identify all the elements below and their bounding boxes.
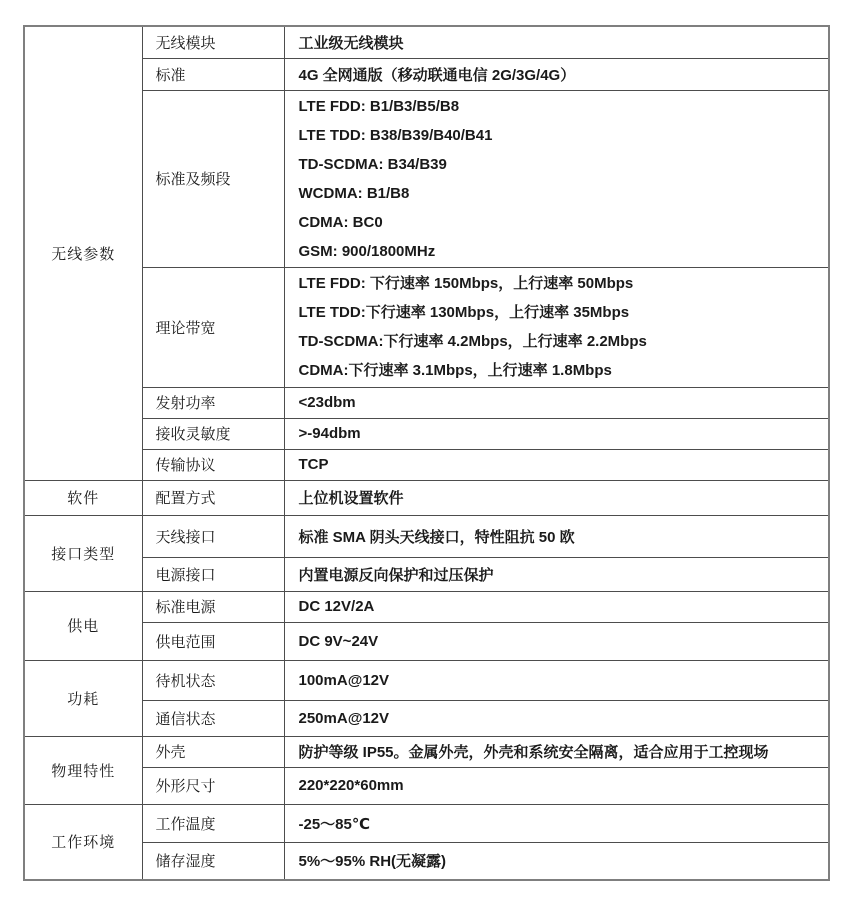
row-wireless-module: 无线参数 无线模块 工业级无线模块 bbox=[24, 26, 829, 58]
row-standard-power: 供电 标准电源 DC 12V/2A bbox=[24, 591, 829, 622]
value-line: LTE TDD: B38/B39/B40/B41 bbox=[299, 121, 829, 150]
spec-table: 无线参数 无线模块 工业级无线模块 标准 4G 全网通版（移动联通电信 2G/3… bbox=[23, 25, 830, 881]
row-bandwidth: 理论带宽 LTE FDD: 下行速率 150Mbps，上行速率 50Mbps L… bbox=[24, 267, 829, 387]
value-line: TD-SCDMA:下行速率 4.2Mbps，上行速率 2.2Mbps bbox=[299, 327, 829, 356]
value-cell: DC 12V/2A bbox=[284, 591, 829, 622]
category-cell-physical: 物理特性 bbox=[24, 736, 142, 804]
value-line: LTE FDD: B1/B3/B5/B8 bbox=[299, 92, 829, 121]
value-line: GSM: 900/1800MHz bbox=[299, 237, 829, 266]
label-cell: 传输协议 bbox=[142, 449, 284, 480]
row-standard: 标准 4G 全网通版（移动联通电信 2G/3G/4G） bbox=[24, 58, 829, 90]
row-standby-current: 功耗 待机状态 100mA@12V bbox=[24, 660, 829, 700]
category-cell-wireless-params: 无线参数 bbox=[24, 26, 142, 480]
label-cell: 工作温度 bbox=[142, 804, 284, 842]
label-cell: 供电范围 bbox=[142, 622, 284, 660]
category-cell-power-supply: 供电 bbox=[24, 591, 142, 660]
label-cell: 标准 bbox=[142, 58, 284, 90]
category-cell-interface-type: 接口类型 bbox=[24, 515, 142, 591]
value-cell: 250mA@12V bbox=[284, 700, 829, 736]
value-cell: 工业级无线模块 bbox=[284, 26, 829, 58]
row-storage-humidity: 储存湿度 5%～95% RH(无凝露) bbox=[24, 842, 829, 880]
value-cell: TCP bbox=[284, 449, 829, 480]
row-config-method: 软件 配置方式 上位机设置软件 bbox=[24, 480, 829, 515]
label-cell: 天线接口 bbox=[142, 515, 284, 557]
value-cell: DC 9V~24V bbox=[284, 622, 829, 660]
value-cell: 防护等级 IP55。金属外壳，外壳和系统安全隔离，适合应用于工控现场 bbox=[284, 736, 829, 767]
row-comm-current: 通信状态 250mA@12V bbox=[24, 700, 829, 736]
value-line: LTE TDD:下行速率 130Mbps，上行速率 35Mbps bbox=[299, 298, 829, 327]
row-bands: 标准及频段 LTE FDD: B1/B3/B5/B8 LTE TDD: B38/… bbox=[24, 90, 829, 267]
row-protocol: 传输协议 TCP bbox=[24, 449, 829, 480]
value-cell: -25～85℃ bbox=[284, 804, 829, 842]
label-cell: 标准及频段 bbox=[142, 90, 284, 267]
value-line: TD-SCDMA: B34/B39 bbox=[299, 150, 829, 179]
value-cell: >-94dbm bbox=[284, 418, 829, 449]
value-cell: 220*220*60mm bbox=[284, 767, 829, 804]
label-cell: 通信状态 bbox=[142, 700, 284, 736]
row-antenna-port: 接口类型 天线接口 标准 SMA 阴头天线接口，特性阻抗 50 欧 bbox=[24, 515, 829, 557]
value-line: CDMA:下行速率 3.1Mbps，上行速率 1.8Mbps bbox=[299, 356, 829, 385]
category-cell-power-consumption: 功耗 bbox=[24, 660, 142, 736]
label-cell: 待机状态 bbox=[142, 660, 284, 700]
value-cell: 5%～95% RH(无凝露) bbox=[284, 842, 829, 880]
label-cell: 理论带宽 bbox=[142, 267, 284, 387]
row-rx-sensitivity: 接收灵敏度 >-94dbm bbox=[24, 418, 829, 449]
value-cell: 4G 全网通版（移动联通电信 2G/3G/4G） bbox=[284, 58, 829, 90]
value-cell: 内置电源反向保护和过压保护 bbox=[284, 557, 829, 591]
value-cell: 100mA@12V bbox=[284, 660, 829, 700]
label-cell: 电源接口 bbox=[142, 557, 284, 591]
label-cell: 无线模块 bbox=[142, 26, 284, 58]
label-cell: 发射功率 bbox=[142, 387, 284, 418]
label-cell: 接收灵敏度 bbox=[142, 418, 284, 449]
value-cell: <23dbm bbox=[284, 387, 829, 418]
category-cell-software: 软件 bbox=[24, 480, 142, 515]
value-line: LTE FDD: 下行速率 150Mbps，上行速率 50Mbps bbox=[299, 269, 829, 298]
row-dimensions: 外形尺寸 220*220*60mm bbox=[24, 767, 829, 804]
value-cell: 标准 SMA 阴头天线接口，特性阻抗 50 欧 bbox=[284, 515, 829, 557]
row-tx-power: 发射功率 <23dbm bbox=[24, 387, 829, 418]
row-power-port: 电源接口 内置电源反向保护和过压保护 bbox=[24, 557, 829, 591]
value-cell: 上位机设置软件 bbox=[284, 480, 829, 515]
row-operating-temp: 工作环境 工作温度 -25～85℃ bbox=[24, 804, 829, 842]
page: 无线参数 无线模块 工业级无线模块 标准 4G 全网通版（移动联通电信 2G/3… bbox=[0, 0, 850, 904]
row-enclosure: 物理特性 外壳 防护等级 IP55。金属外壳，外壳和系统安全隔离，适合应用于工控… bbox=[24, 736, 829, 767]
label-cell: 外形尺寸 bbox=[142, 767, 284, 804]
row-supply-range: 供电范围 DC 9V~24V bbox=[24, 622, 829, 660]
value-line: WCDMA: B1/B8 bbox=[299, 179, 829, 208]
label-cell: 储存湿度 bbox=[142, 842, 284, 880]
value-cell: LTE FDD: 下行速率 150Mbps，上行速率 50Mbps LTE TD… bbox=[284, 267, 829, 387]
value-cell: LTE FDD: B1/B3/B5/B8 LTE TDD: B38/B39/B4… bbox=[284, 90, 829, 267]
label-cell: 外壳 bbox=[142, 736, 284, 767]
value-line: CDMA: BC0 bbox=[299, 208, 829, 237]
label-cell: 配置方式 bbox=[142, 480, 284, 515]
category-cell-environment: 工作环境 bbox=[24, 804, 142, 880]
label-cell: 标准电源 bbox=[142, 591, 284, 622]
